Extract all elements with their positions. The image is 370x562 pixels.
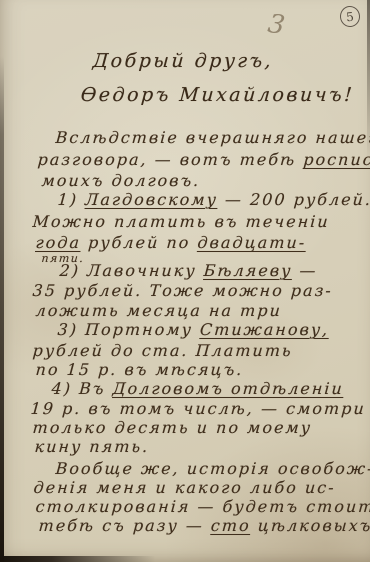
letter-line: ложить месяца на три [35,301,283,320]
letter-line: года рублей по двадцати- [35,233,307,252]
letter-line: столкированія — будетъ стоить [35,497,370,516]
letter-line: 35 рублей. Тоже можно раз- [32,281,334,300]
letter-line: Ѳедоръ Михайловичъ! [80,84,355,106]
letter-line: Можно платить въ теченіи [32,212,330,231]
letter-line: 3) Портному Стижанову, [57,320,330,339]
letter-line: тебѣ съ разу — сто цѣлковыхъ [38,516,370,535]
letter-line: кину пять. [34,437,150,456]
letter-line: 4) Въ Долговомъ отдѣленіи [51,379,345,398]
letter-line: только десять и по моему [32,418,313,437]
photo-edge-bottom [0,556,370,562]
letter-line: денія меня и какого либо ис- [33,478,336,497]
letter-line: Вообще же, исторія освобож- [55,459,370,478]
letter-line: рублей до ста. Платить [32,341,293,360]
letter-line: 2) Лавочнику Бѣляеву — [59,261,318,280]
letter-line: 19 р. въ томъ числѣ, — смотри [30,399,366,418]
letter-line: 1) Лагдовскому — 200 рублей. [57,190,370,209]
page-number: 5 [345,9,354,24]
photo-edge-left [0,0,4,562]
page-number-circle: 5 [339,5,361,28]
letter-line: по 15 р. въ мѣсяцъ. [35,360,244,379]
letter-line: Вслѣдствіе вчерашняго нашего [55,128,370,147]
letter-line: разговора, — вотъ тебѣ роспись [37,150,370,169]
letter-line: Добрый другъ, [92,50,274,72]
letter-page: 5 3 Добрый другъ,Ѳедоръ Михайловичъ!Вслѣ… [0,0,370,562]
letter-line: моихъ долговъ. [41,171,201,190]
pencil-mark: 3 [266,9,287,41]
